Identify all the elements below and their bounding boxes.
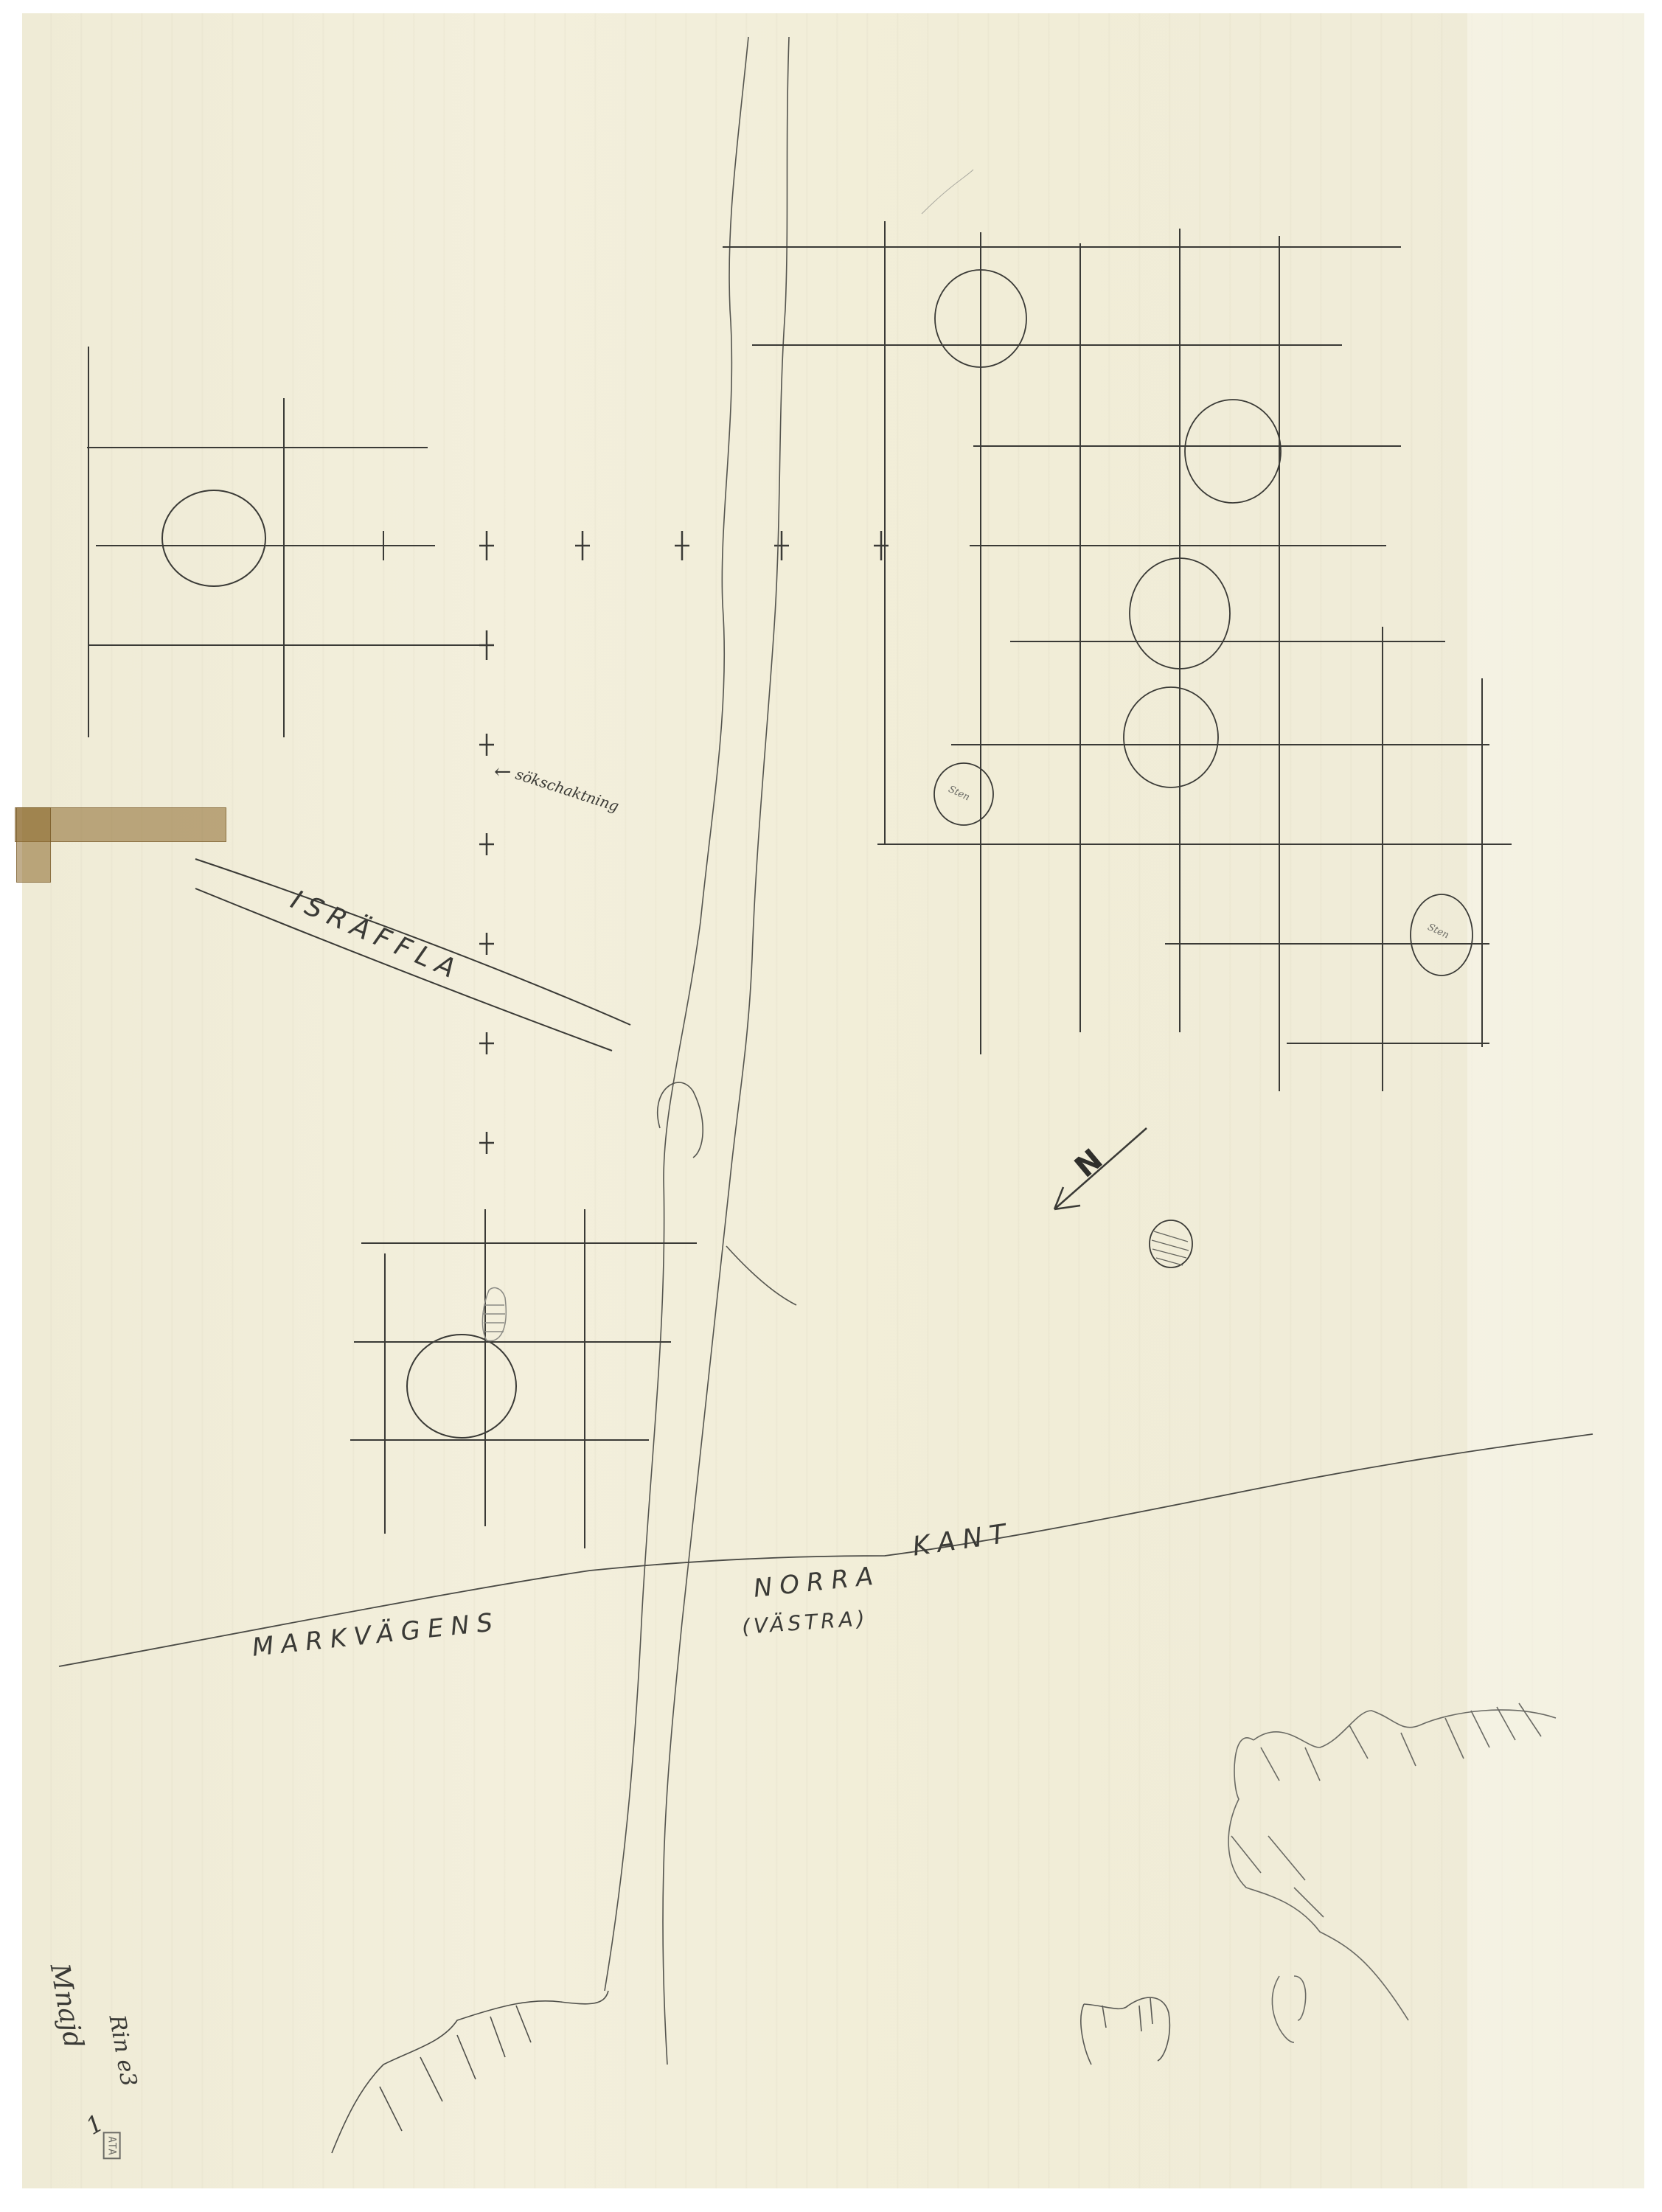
grid-top-left — [87, 347, 487, 737]
archive-stamp: ATA — [103, 2132, 121, 2159]
arrow-note: ← sökschaktning — [494, 759, 624, 784]
arrow-left-icon: ← — [494, 759, 511, 784]
tape-strip-vertical — [16, 807, 51, 883]
faint-construction-line — [922, 170, 973, 214]
map-drawing — [0, 0, 1662, 2212]
grid-bottom-left — [350, 1209, 697, 1548]
slope-hachures-small — [1081, 1997, 1169, 2065]
road-edges — [605, 37, 796, 2065]
slope-hachures-bottom-left — [332, 1991, 608, 2153]
hatched-feature — [1150, 1220, 1192, 1267]
hatched-small-feature — [482, 1288, 506, 1341]
stone-outlines-right — [934, 270, 1472, 975]
stone-outline — [162, 490, 265, 586]
survey-cross-markers — [479, 531, 889, 1154]
slope-hachures-right — [1228, 1703, 1556, 2042]
grid-top-right — [723, 221, 1512, 1091]
